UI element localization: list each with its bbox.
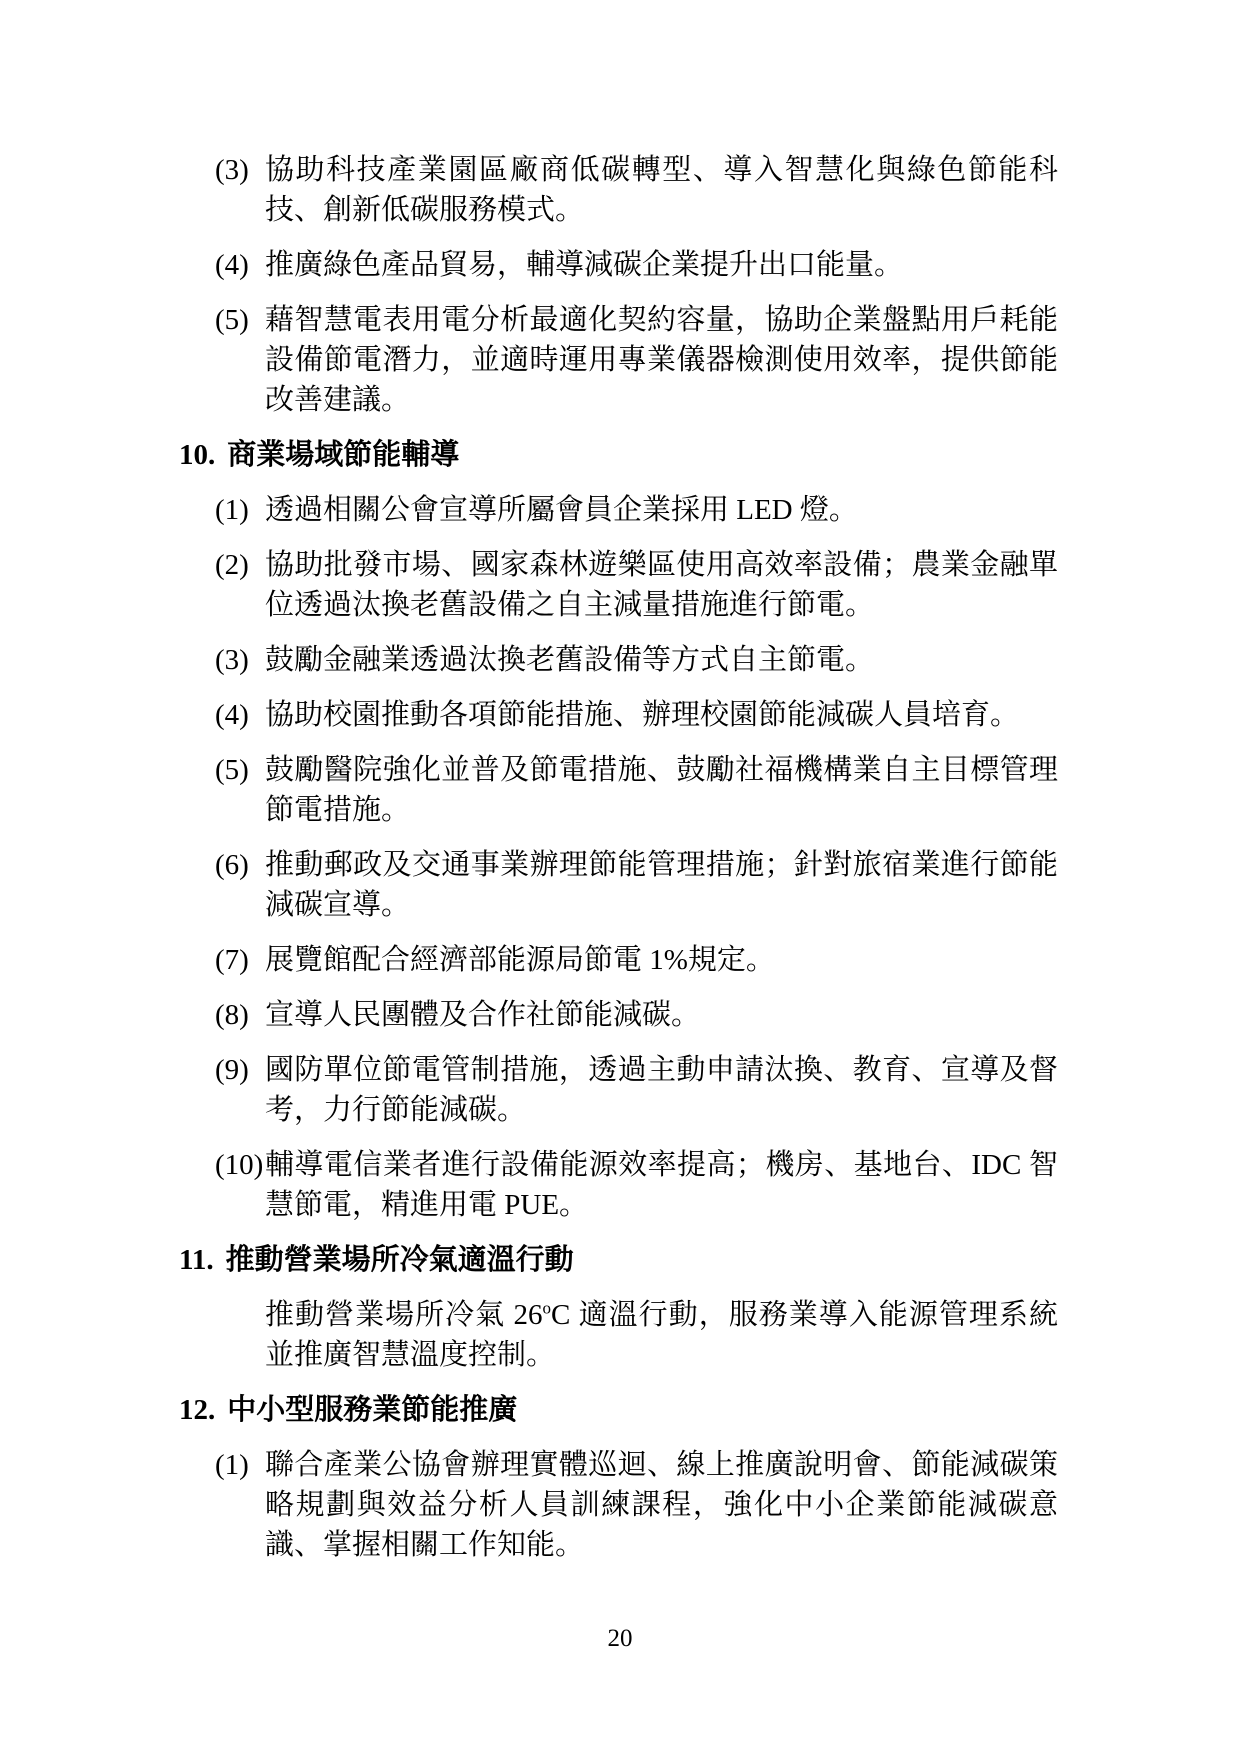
- item-marker: (7): [215, 940, 249, 980]
- list-item: (8) 宣導人民團體及合作社節能減碳。: [179, 995, 1058, 1035]
- list-item: (1) 透過相關公會宣導所屬會員企業採用 LED 燈。: [179, 490, 1058, 530]
- list-item: (4) 協助校園推動各項節能措施、辦理校園節能減碳人員培育。: [179, 695, 1058, 735]
- list-item: (7) 展覽館配合經濟部能源局節電 1%規定。: [179, 940, 1058, 980]
- item-text: 推動郵政及交通事業辦理節能管理措施；針對旅宿業進行節能減碳宣導。: [265, 849, 1058, 921]
- item-marker: (5): [215, 750, 249, 790]
- item-text: 協助校園推動各項節能措施、辦理校園節能減碳人員培育。: [265, 699, 1019, 731]
- item-text: 協助科技產業園區廠商低碳轉型、導入智慧化與綠色節能科技、創新低碳服務模式。: [265, 154, 1058, 226]
- item-marker: (5): [215, 300, 249, 340]
- list-item: (1) 聯合產業公協會辦理實體巡迴、線上推廣說明會、節能減碳策略規劃與效益分析人…: [179, 1445, 1058, 1565]
- section-number: 10.: [179, 435, 215, 475]
- list-item: (3) 協助科技產業園區廠商低碳轉型、導入智慧化與綠色節能科技、創新低碳服務模式…: [179, 150, 1058, 230]
- list-item: (10) 輔導電信業者進行設備能源效率提高；機房、基地台、IDC 智慧節電，精進…: [179, 1145, 1058, 1225]
- section-title: 推動營業場所冷氣適溫行動: [226, 1244, 574, 1276]
- section-paragraph: 推動營業場所冷氣 26oC 適溫行動，服務業導入能源管理系統並推廣智慧溫度控制。: [179, 1295, 1058, 1375]
- item-marker: (4): [215, 245, 249, 285]
- page-number: 20: [0, 1624, 1240, 1654]
- item-text: 推廣綠色產品貿易，輔導減碳企業提升出口能量。: [265, 249, 903, 281]
- item-text: 輔導電信業者進行設備能源效率提高；機房、基地台、IDC 智慧節電，精進用電 PU…: [265, 1149, 1058, 1221]
- list-item: (2) 協助批發市場、國家森林遊樂區使用高效率設備；農業金融單位透過汰換老舊設備…: [179, 545, 1058, 625]
- list-item: (4) 推廣綠色產品貿易，輔導減碳企業提升出口能量。: [179, 245, 1058, 285]
- item-marker: (3): [215, 150, 249, 190]
- item-text: 協助批發市場、國家森林遊樂區使用高效率設備；農業金融單位透過汰換老舊設備之自主減…: [265, 549, 1058, 621]
- item-marker: (6): [215, 845, 249, 885]
- paragraph-text: 推動營業場所冷氣 26: [265, 1299, 542, 1331]
- item-text: 鼓勵金融業透過汰換老舊設備等方式自主節電。: [265, 644, 874, 676]
- list-item: (3) 鼓勵金融業透過汰換老舊設備等方式自主節電。: [179, 640, 1058, 680]
- item-marker: (8): [215, 995, 249, 1035]
- section-title: 中小型服務業節能推廣: [227, 1394, 517, 1426]
- section-title: 商業場域節能輔導: [227, 439, 459, 471]
- section-number: 12.: [179, 1390, 215, 1430]
- item-marker: (9): [215, 1050, 249, 1090]
- document-page: (3) 協助科技產業園區廠商低碳轉型、導入智慧化與綠色節能科技、創新低碳服務模式…: [179, 150, 1058, 1580]
- item-text: 聯合產業公協會辦理實體巡迴、線上推廣說明會、節能減碳策略規劃與效益分析人員訓練課…: [265, 1449, 1058, 1561]
- item-marker: (2): [215, 545, 249, 585]
- item-text: 藉智慧電表用電分析最適化契約容量，協助企業盤點用戶耗能設備節電潛力，並適時運用專…: [265, 304, 1058, 416]
- item-marker: (4): [215, 695, 249, 735]
- item-text: 透過相關公會宣導所屬會員企業採用 LED 燈。: [265, 494, 858, 526]
- item-marker: (1): [215, 1445, 249, 1485]
- item-marker: (1): [215, 490, 249, 530]
- section-heading: 12.中小型服務業節能推廣: [179, 1390, 1058, 1430]
- item-marker: (10): [215, 1145, 263, 1185]
- list-item: (5) 鼓勵醫院強化並普及節電措施、鼓勵社福機構業自主目標管理節電措施。: [179, 750, 1058, 830]
- list-item: (6) 推動郵政及交通事業辦理節能管理措施；針對旅宿業進行節能減碳宣導。: [179, 845, 1058, 925]
- section-heading: 10.商業場域節能輔導: [179, 435, 1058, 475]
- list-item: (5) 藉智慧電表用電分析最適化契約容量，協助企業盤點用戶耗能設備節電潛力，並適…: [179, 300, 1058, 420]
- item-text: 國防單位節電管制措施，透過主動申請汰換、教育、宣導及督考，力行節能減碳。: [265, 1054, 1058, 1126]
- list-item: (9) 國防單位節電管制措施，透過主動申請汰換、教育、宣導及督考，力行節能減碳。: [179, 1050, 1058, 1130]
- item-text: 宣導人民團體及合作社節能減碳。: [265, 999, 700, 1031]
- section-number: 11.: [179, 1240, 214, 1280]
- item-text: 展覽館配合經濟部能源局節電 1%規定。: [265, 944, 775, 976]
- item-marker: (3): [215, 640, 249, 680]
- item-text: 鼓勵醫院強化並普及節電措施、鼓勵社福機構業自主目標管理節電措施。: [265, 754, 1058, 826]
- superscript-degree: o: [542, 1298, 551, 1317]
- section-heading: 11.推動營業場所冷氣適溫行動: [179, 1240, 1058, 1280]
